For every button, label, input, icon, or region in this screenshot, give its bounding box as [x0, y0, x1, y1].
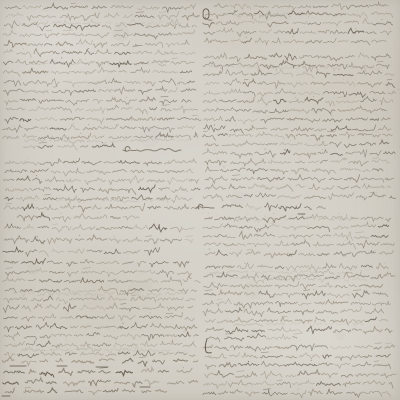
handwriting-ink-layer: [0, 0, 400, 400]
manuscript-page: Aged manuscript page scan: dense brown m…: [0, 0, 400, 400]
